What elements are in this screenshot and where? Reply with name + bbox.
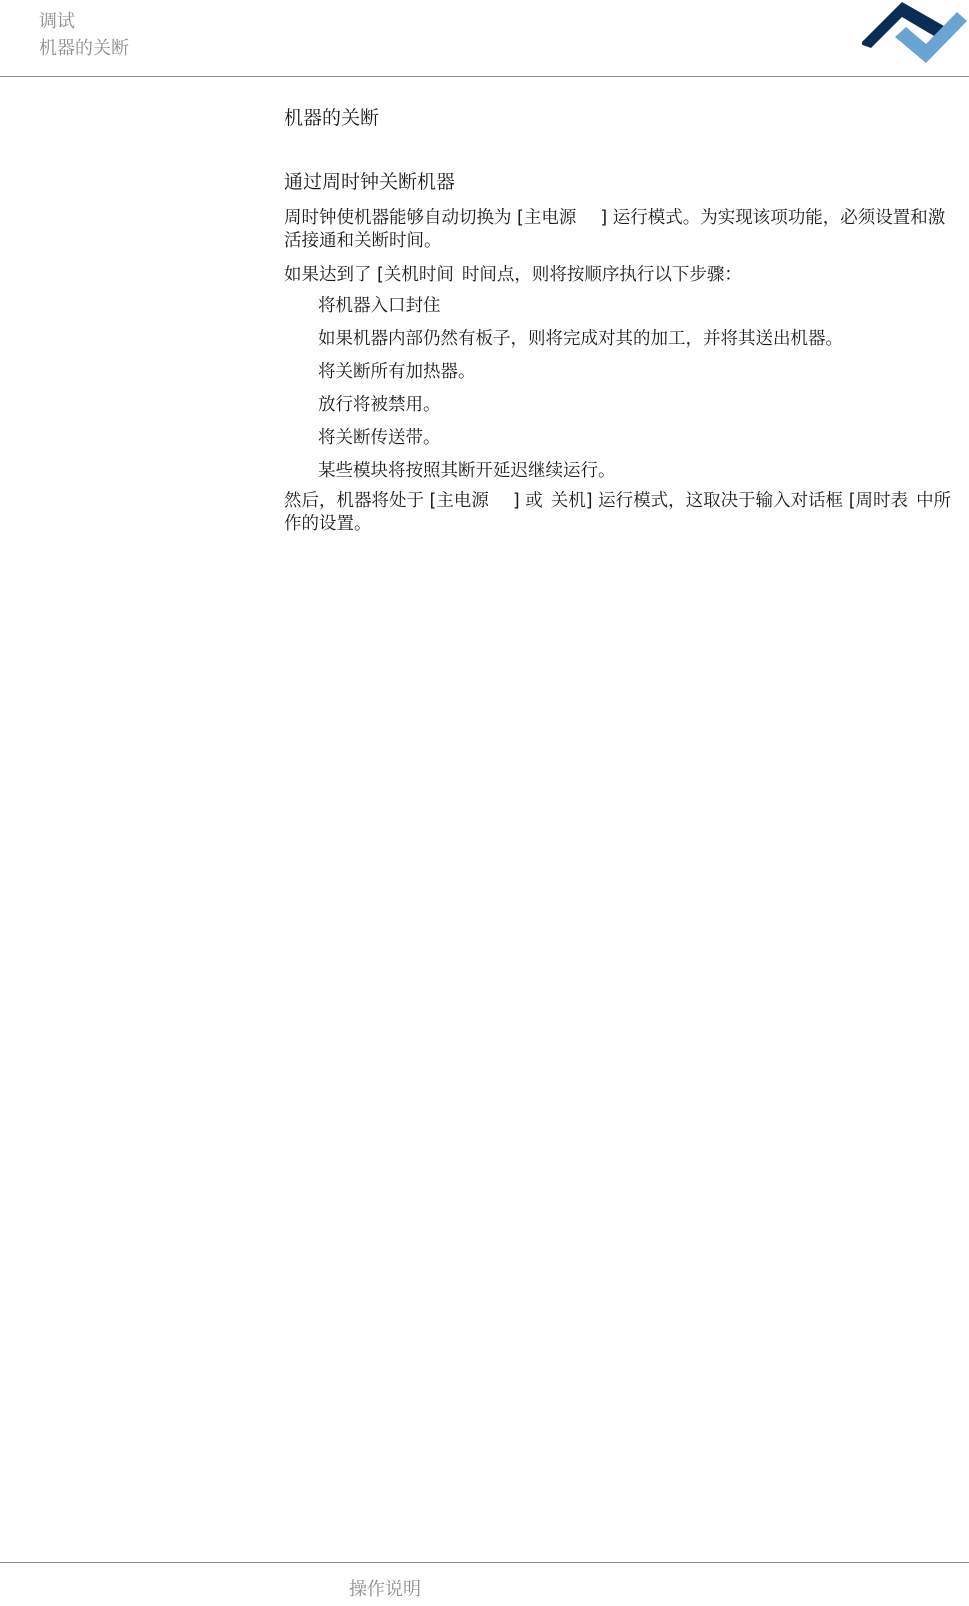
result-text-3: 关机] 运行模式，这取决于输入对话框 [周时表 bbox=[551, 491, 908, 511]
intro-paragraph: 周时钟使机器能够自动切换为 [主电源] 运行模式。为实现该项功能，必须设置和激活… bbox=[284, 207, 956, 253]
condition-paragraph: 如果达到了 [关机时间时间点，则将按顺序执行以下步骤： bbox=[284, 264, 956, 287]
footer-label: 操作说明 bbox=[349, 1578, 421, 1602]
steps-list: 将机器入口封住 如果机器内部仍然有板子，则将完成对其的加工，并将其送出机器。 将… bbox=[318, 295, 843, 493]
step-item: 将机器入口封住 bbox=[318, 295, 843, 328]
intro-text-before: 周时钟使机器能够自动切换为 [主电源 bbox=[284, 208, 576, 228]
page-header: 调试 机器的关断 bbox=[0, 0, 969, 77]
header-section: 机器的关断 bbox=[39, 37, 129, 61]
footer-divider bbox=[0, 1562, 969, 1563]
step-item: 某些模块将按照其断开延迟继续运行。 bbox=[318, 460, 843, 493]
page-title: 机器的关断 bbox=[284, 105, 379, 131]
step-item: 放行将被禁用。 bbox=[318, 394, 843, 427]
result-text-2: ] 或 bbox=[513, 491, 543, 511]
condition-text-before: 如果达到了 [关机时间 bbox=[284, 265, 454, 285]
result-paragraph: 然后，机器将处于 [主电源] 或关机] 运行模式，这取决于输入对话框 [周时表中… bbox=[284, 490, 956, 536]
brand-logo-icon bbox=[862, 0, 967, 66]
step-item: 将关断传送带。 bbox=[318, 427, 843, 460]
section-title: 通过周时钟关断机器 bbox=[284, 169, 455, 195]
condition-text-after: 时间点，则将按顺序执行以下步骤： bbox=[462, 265, 742, 285]
header-divider bbox=[0, 76, 969, 77]
step-item: 如果机器内部仍然有板子，则将完成对其的加工，并将其送出机器。 bbox=[318, 328, 843, 361]
step-item: 将关断所有加热器。 bbox=[318, 361, 843, 394]
header-chapter: 调试 bbox=[39, 10, 75, 34]
result-text-1: 然后，机器将处于 [主电源 bbox=[284, 491, 489, 511]
